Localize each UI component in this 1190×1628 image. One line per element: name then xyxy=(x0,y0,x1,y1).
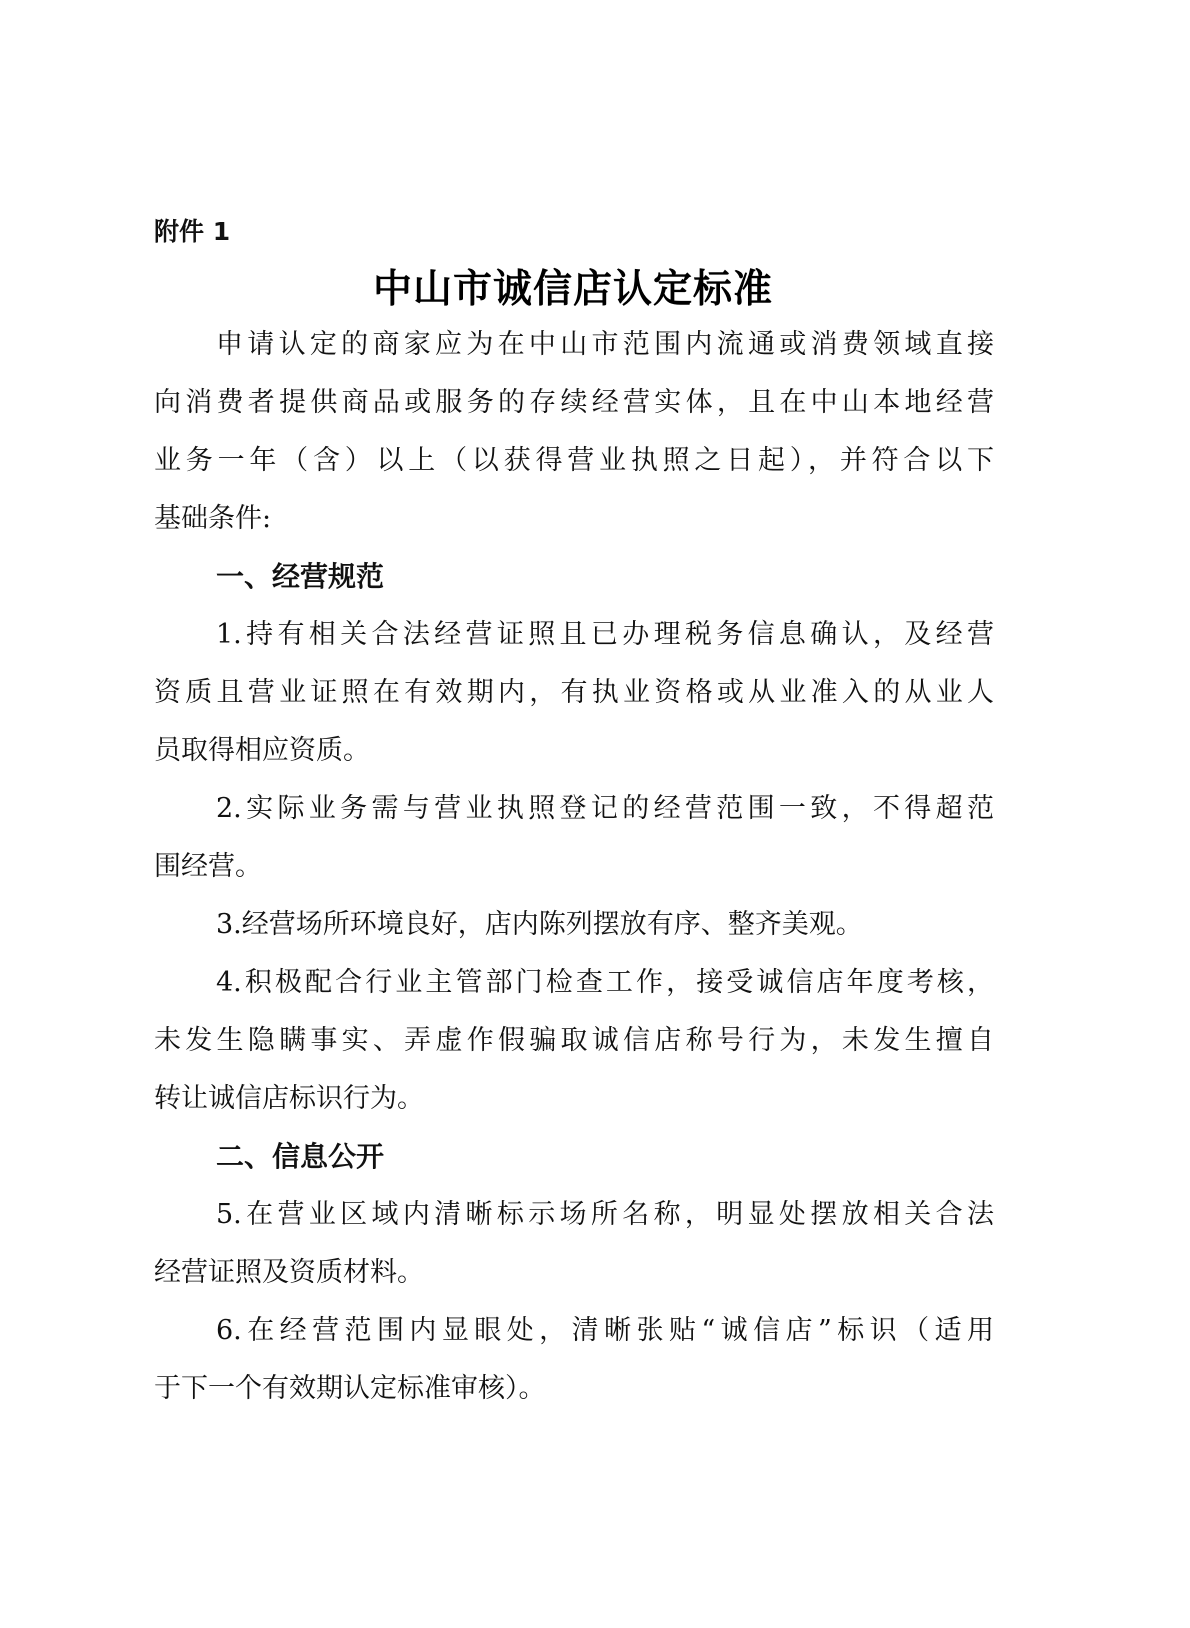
paragraph-line: 6.在经营范围内显眼处，清晰张贴“诚信店”标识（适用 xyxy=(154,1306,994,1364)
section-information-disclosure: 二、信息公开 5.在营业区域内清晰标示场所名称，明显处摆放相关合法 经营证照及资… xyxy=(154,1132,994,1422)
paragraph-line: 转让诚信店标识行为。 xyxy=(154,1074,994,1132)
paragraph-line: 2.实际业务需与营业执照登记的经营范围一致，不得超范 xyxy=(154,784,994,842)
paragraph-line: 5.在营业区域内清晰标示场所名称，明显处摆放相关合法 xyxy=(154,1190,994,1248)
criterion-item-5: 5.在营业区域内清晰标示场所名称，明显处摆放相关合法 经营证照及资质材料。 xyxy=(154,1190,994,1306)
paragraph-line: 员取得相应资质。 xyxy=(154,726,994,784)
paragraph-line: 申请认定的商家应为在中山市范围内流通或消费领域直接 xyxy=(154,320,994,378)
document-page: 附件 1 中山市诚信店认定标准 申请认定的商家应为在中山市范围内流通或消费领域直… xyxy=(0,0,1190,1628)
intro-paragraph: 申请认定的商家应为在中山市范围内流通或消费领域直接 向消费者提供商品或服务的存续… xyxy=(154,320,994,552)
paragraph-line: 未发生隐瞒事实、弄虚作假骗取诚信店称号行为，未发生擅自 xyxy=(154,1016,994,1074)
paragraph-line: 向消费者提供商品或服务的存续经营实体，且在中山本地经营 xyxy=(154,378,994,436)
section-heading: 一、经营规范 xyxy=(154,552,994,610)
document-title: 中山市诚信店认定标准 xyxy=(0,258,1146,314)
attachment-label: 附件 1 xyxy=(154,212,230,248)
document-body: 申请认定的商家应为在中山市范围内流通或消费领域直接 向消费者提供商品或服务的存续… xyxy=(154,320,994,1422)
criterion-item-1: 1.持有相关合法经营证照且已办理税务信息确认，及经营 资质且营业证照在有效期内，… xyxy=(154,610,994,784)
paragraph-line: 1.持有相关合法经营证照且已办理税务信息确认，及经营 xyxy=(154,610,994,668)
criterion-item-4: 4.积极配合行业主管部门检查工作，接受诚信店年度考核， 未发生隐瞒事实、弄虚作假… xyxy=(154,958,994,1132)
paragraph-line: 基础条件: xyxy=(154,494,994,552)
paragraph-line: 4.积极配合行业主管部门检查工作，接受诚信店年度考核， xyxy=(154,958,994,1016)
paragraph-line: 资质且营业证照在有效期内，有执业资格或从业准入的从业人 xyxy=(154,668,994,726)
section-business-norms: 一、经营规范 1.持有相关合法经营证照且已办理税务信息确认，及经营 资质且营业证… xyxy=(154,552,994,1132)
criterion-item-3: 3.经营场所环境良好，店内陈列摆放有序、整齐美观。 xyxy=(154,900,994,958)
paragraph-line: 经营证照及资质材料。 xyxy=(154,1248,994,1306)
section-heading: 二、信息公开 xyxy=(154,1132,994,1190)
paragraph-line: 3.经营场所环境良好，店内陈列摆放有序、整齐美观。 xyxy=(154,900,994,958)
criterion-item-2: 2.实际业务需与营业执照登记的经营范围一致，不得超范 围经营。 xyxy=(154,784,994,900)
paragraph-line: 于下一个有效期认定标准审核）。 xyxy=(154,1364,994,1422)
paragraph-line: 围经营。 xyxy=(154,842,994,900)
paragraph-line: 业务一年（含）以上（以获得营业执照之日起），并符合以下 xyxy=(154,436,994,494)
criterion-item-6: 6.在经营范围内显眼处，清晰张贴“诚信店”标识（适用 于下一个有效期认定标准审核… xyxy=(154,1306,994,1422)
